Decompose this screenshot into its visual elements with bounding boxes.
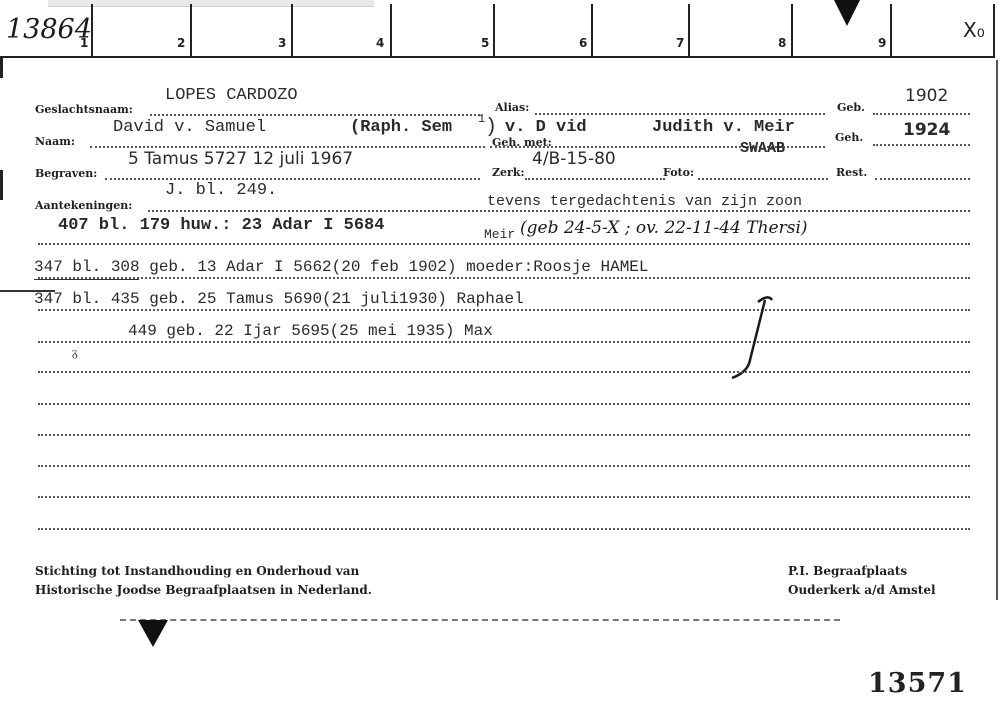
column-divider bbox=[993, 4, 995, 58]
naam-continued: v. D vid bbox=[505, 118, 587, 137]
naam-label: Naam: bbox=[35, 135, 75, 148]
note-line-3: 347 bl. 435 geb. 25 Tamus 5690(21 juli19… bbox=[34, 290, 524, 308]
column-strip: 1 2 3 4 5 6 7 8 9 X₀ 13864 bbox=[0, 0, 1000, 57]
column-divider bbox=[190, 4, 192, 58]
index-card: 1 2 3 4 5 6 7 8 9 X₀ 13864 Geslachtsnaam… bbox=[0, 0, 1000, 712]
column-divider bbox=[591, 4, 593, 58]
foundation-line-2: Historische Joodse Begraafplaatsen in Ne… bbox=[35, 581, 372, 600]
note-line-1-handwritten: (geb 24-5-X ; ov. 22-11-44 Thersi) bbox=[520, 218, 808, 238]
dotted-line bbox=[38, 465, 970, 467]
handwritten-card-number: 13864 bbox=[6, 14, 92, 45]
naam-value: David v. Samuel bbox=[113, 118, 266, 137]
underline bbox=[34, 279, 139, 280]
note-line-0-right: tevens tergedachtenis van zijn zoon bbox=[487, 193, 802, 210]
begraven-label: Begraven: bbox=[35, 167, 97, 180]
column-divider bbox=[493, 4, 495, 58]
column-number: 5 bbox=[481, 36, 489, 50]
dotted-line bbox=[105, 178, 480, 180]
dotted-line bbox=[873, 113, 970, 115]
geh-met-value: Judith v. Meir bbox=[652, 118, 795, 137]
column-number: 4 bbox=[376, 36, 384, 50]
dotted-line bbox=[38, 528, 970, 530]
strip-divider bbox=[0, 56, 995, 58]
geh-value: 1924 bbox=[903, 120, 950, 140]
geh-met-surname: SWAAB bbox=[740, 140, 785, 157]
ink-mark: ᵹ bbox=[72, 345, 78, 360]
geb-value: 1902 bbox=[905, 86, 948, 106]
dotted-line bbox=[38, 341, 970, 343]
cemetery-line-1: P.I. Begraafplaats bbox=[788, 562, 936, 581]
card-edge bbox=[996, 60, 998, 600]
column-number: 7 bbox=[676, 36, 684, 50]
geh-label: Geh. bbox=[835, 131, 863, 144]
handwritten-stroke-icon bbox=[720, 290, 780, 380]
dotted-line bbox=[150, 114, 480, 116]
rest-label: Rest. bbox=[836, 166, 867, 179]
note-line-2: 347 bl. 308 geb. 13 Adar I 5662(20 feb 1… bbox=[34, 258, 649, 276]
begraven-value: 5 Tamus 5727 12 juli 1967 bbox=[128, 149, 353, 169]
column-number: 3 bbox=[278, 36, 286, 50]
dotted-line bbox=[875, 178, 970, 180]
note-line-1-right: Meir bbox=[484, 227, 515, 242]
column-divider bbox=[390, 4, 392, 58]
foto-label: Foto: bbox=[663, 166, 694, 179]
note-line-1: 407 bl. 179 huw.: 23 Adar I 5684 bbox=[58, 216, 384, 235]
aantekeningen-label: Aantekeningen: bbox=[35, 199, 132, 212]
dotted-line bbox=[148, 210, 970, 212]
column-divider bbox=[791, 4, 793, 58]
cemetery-line-2: Ouderkerk a/d Amstel bbox=[788, 581, 936, 600]
foundation-name: Stichting tot Instandhouding en Onderhou… bbox=[35, 562, 372, 600]
dotted-line bbox=[698, 178, 828, 180]
column-number: 9 bbox=[878, 36, 886, 50]
punch-notch-icon bbox=[834, 0, 860, 26]
dotted-line bbox=[90, 146, 485, 148]
alias-label: Alias: bbox=[495, 101, 529, 114]
geb-label: Geb. bbox=[837, 101, 865, 114]
foundation-line-1: Stichting tot Instandhouding en Onderhou… bbox=[35, 562, 372, 581]
column-number-x0: X₀ bbox=[963, 18, 985, 42]
dotted-line bbox=[38, 243, 970, 245]
column-number: 6 bbox=[579, 36, 587, 50]
dotted-line bbox=[38, 371, 970, 373]
aantekeningen-value: J. bl. 249. bbox=[165, 181, 277, 200]
column-number: 8 bbox=[778, 36, 786, 50]
card-edge bbox=[0, 56, 3, 78]
dotted-line bbox=[38, 403, 970, 405]
naam-extra: (Raph. Sem bbox=[350, 118, 452, 137]
dotted-line bbox=[525, 178, 665, 180]
zerk-value: 4/B-15-80 bbox=[532, 149, 616, 169]
cut-line bbox=[120, 619, 840, 621]
dotted-line bbox=[535, 113, 825, 115]
zerk-label: Zerk: bbox=[492, 166, 525, 179]
geslachtsnaam-value: LOPES CARDOZO bbox=[165, 86, 298, 105]
overlay-tab bbox=[48, 0, 374, 7]
column-divider bbox=[291, 4, 293, 58]
note-line-4: 449 geb. 22 Ijar 5695(25 mei 1935) Max bbox=[128, 322, 493, 340]
dotted-line bbox=[38, 309, 970, 311]
dotted-line bbox=[38, 434, 970, 436]
card-edge bbox=[0, 170, 3, 200]
dotted-line bbox=[873, 144, 970, 146]
dotted-line bbox=[38, 496, 970, 498]
column-divider bbox=[890, 4, 892, 58]
stamp-number: 13571 bbox=[868, 668, 967, 699]
column-divider bbox=[688, 4, 690, 58]
column-number: 2 bbox=[177, 36, 185, 50]
dotted-line bbox=[38, 277, 970, 279]
cemetery-name: P.I. Begraafplaats Ouderkerk a/d Amstel bbox=[788, 562, 936, 600]
geslachtsnaam-label: Geslachtsnaam: bbox=[35, 103, 133, 116]
punch-notch-icon bbox=[138, 620, 168, 647]
